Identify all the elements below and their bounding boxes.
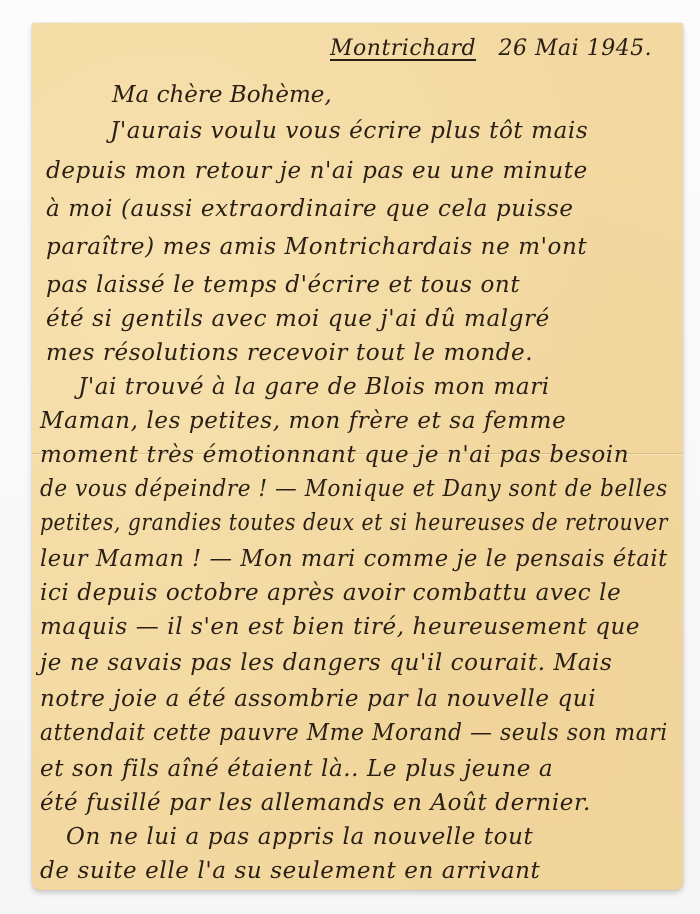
letter-line: attendait cette pauvre Mme Morand — seul… xyxy=(40,720,668,746)
scan-background: Montrichard 26 Mai 1945. Ma chère Bohème… xyxy=(0,0,700,914)
letter-line: pas laissé le temps d'écrire et tous ont xyxy=(46,272,520,298)
letter-line: été fusillé par les allemands en Août de… xyxy=(40,790,591,816)
letter-line: de vous dépeindre ! — Monique et Dany so… xyxy=(40,476,668,502)
letter-line: depuis mon retour je n'ai pas eu une min… xyxy=(46,158,588,184)
letter-line: je ne savais pas les dangers qu'il coura… xyxy=(40,650,612,676)
letter-line: été si gentils avec moi que j'ai dû malg… xyxy=(46,306,550,332)
letter-line: J'aurais voulu vous écrire plus tôt mais xyxy=(110,118,588,144)
letter-line: Maman, les petites, mon frère et sa femm… xyxy=(40,408,566,434)
letter-line: paraître) mes amis Montrichardais ne m'o… xyxy=(46,234,587,260)
letter-line: et son fils aîné étaient là.. Le plus je… xyxy=(40,756,553,782)
letter-line: de suite elle l'a su seulement en arriva… xyxy=(40,858,540,884)
letter-line: notre joie a été assombrie par la nouvel… xyxy=(40,686,596,712)
letter-line: J'ai trouvé à la gare de Blois mon mari xyxy=(78,374,550,400)
letter-line: On ne lui a pas appris la nouvelle tout xyxy=(66,824,533,850)
letter-line: leur Maman ! — Mon mari comme je le pens… xyxy=(40,546,668,572)
letter-line: moment très émotionnant que je n'ai pas … xyxy=(40,442,629,468)
letter-line: à moi (aussi extraordinaire que cela pui… xyxy=(46,196,574,222)
letter-line: ici depuis octobre après avoir combattu … xyxy=(40,580,621,606)
letter-line: maquis — il s'en est bien tiré, heureuse… xyxy=(40,614,640,640)
letter-line: mes résolutions recevoir tout le monde. xyxy=(46,340,533,366)
letter-body: J'aurais voulu vous écrire plus tôt mais… xyxy=(0,0,700,914)
letter-line: petites, grandies toutes deux et si heur… xyxy=(40,510,668,536)
